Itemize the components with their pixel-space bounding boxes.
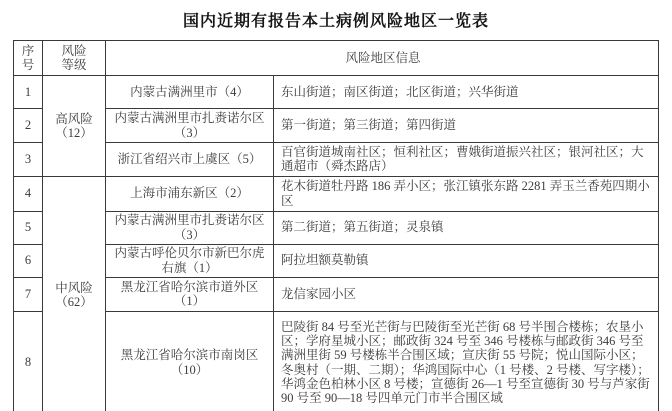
info-cell: 阿拉坦额莫勒镇 (274, 244, 659, 277)
row-no-cell: 4 (14, 176, 43, 211)
page-title: 国内近期有报告本土病例风险地区一览表 (13, 8, 659, 31)
region-cell: 内蒙古满洲里市（4） (106, 76, 274, 109)
region-cell: 上海市浦东新区（2） (106, 176, 274, 211)
info-cell: 东山街道；南区街道；北区街道；兴华街道 (274, 76, 659, 109)
table-row: 6 内蒙古呼伦贝尔市新巴尔虎右旗（1） 阿拉坦额莫勒镇 (14, 244, 659, 277)
region-cell: 内蒙古满洲里市扎赉诺尔区（3） (106, 109, 274, 143)
header-level-cell: 风险 等级 (43, 41, 106, 76)
risk-level-cell-medium: 中风险 （62） (43, 176, 106, 411)
info-cell: 第二街道；第五街道；灵泉镇 (274, 211, 659, 244)
region-cell: 浙江省绍兴市上虞区（5） (106, 143, 274, 177)
table-header-row: 序 号 风险 等级 风险地区信息 (14, 41, 659, 76)
table-row: 3 浙江省绍兴市上虞区（5） 百官街道城南社区；恒利社区；曹娥街道振兴社区；银河… (14, 143, 659, 177)
risk-level-cell-high: 高风险 （12） (43, 76, 106, 177)
row-no-cell: 5 (14, 211, 43, 244)
table-row: 7 黑龙江省哈尔滨市道外区（1） 龙信家园小区 (14, 277, 659, 311)
table-row: 1 高风险 （12） 内蒙古满洲里市（4） 东山街道；南区街道；北区街道；兴华街… (14, 76, 659, 109)
region-cell: 内蒙古呼伦贝尔市新巴尔虎右旗（1） (106, 244, 274, 277)
region-cell: 黑龙江省哈尔滨市南岗区（10） (106, 311, 274, 411)
info-cell: 百官街道城南社区；恒利社区；曹娥街道振兴社区；银河社区；大通超市（舜杰路店） (274, 143, 659, 177)
risk-area-table: 序 号 风险 等级 风险地区信息 1 高风险 （12） 内蒙古满洲里市（4） 东… (13, 40, 659, 411)
info-cell: 花木街道牡丹路 186 弄小区；张江镇张东路 2281 弄玉兰香苑四期小区 (274, 176, 659, 211)
table-row: 4 中风险 （62） 上海市浦东新区（2） 花木街道牡丹路 186 弄小区；张江… (14, 176, 659, 211)
row-no-cell: 1 (14, 76, 43, 109)
info-cell: 巴陵街 84 号至光芒街与巴陵街至光芒街 68 号半围合楼栋；农垦小区；学府星城… (274, 311, 659, 411)
row-no-cell: 8 (14, 311, 43, 411)
header-info-cell: 风险地区信息 (106, 41, 659, 76)
row-no-cell: 6 (14, 244, 43, 277)
header-index-cell: 序 号 (14, 41, 43, 76)
document-page: 国内近期有报告本土病例风险地区一览表 序 号 风险 等级 风险地区信息 1 高风… (0, 0, 672, 411)
region-cell: 内蒙古满洲里市扎赉诺尔区（3） (106, 211, 274, 244)
table-row: 2 内蒙古满洲里市扎赉诺尔区（3） 第一街道；第三街道；第四街道 (14, 109, 659, 143)
row-no-cell: 2 (14, 109, 43, 143)
region-cell: 黑龙江省哈尔滨市道外区（1） (106, 277, 274, 311)
info-cell: 第一街道；第三街道；第四街道 (274, 109, 659, 143)
row-no-cell: 3 (14, 143, 43, 177)
info-cell: 龙信家园小区 (274, 277, 659, 311)
row-no-cell: 7 (14, 277, 43, 311)
table-row: 8 黑龙江省哈尔滨市南岗区（10） 巴陵街 84 号至光芒街与巴陵街至光芒街 6… (14, 311, 659, 411)
table-row: 5 内蒙古满洲里市扎赉诺尔区（3） 第二街道；第五街道；灵泉镇 (14, 211, 659, 244)
